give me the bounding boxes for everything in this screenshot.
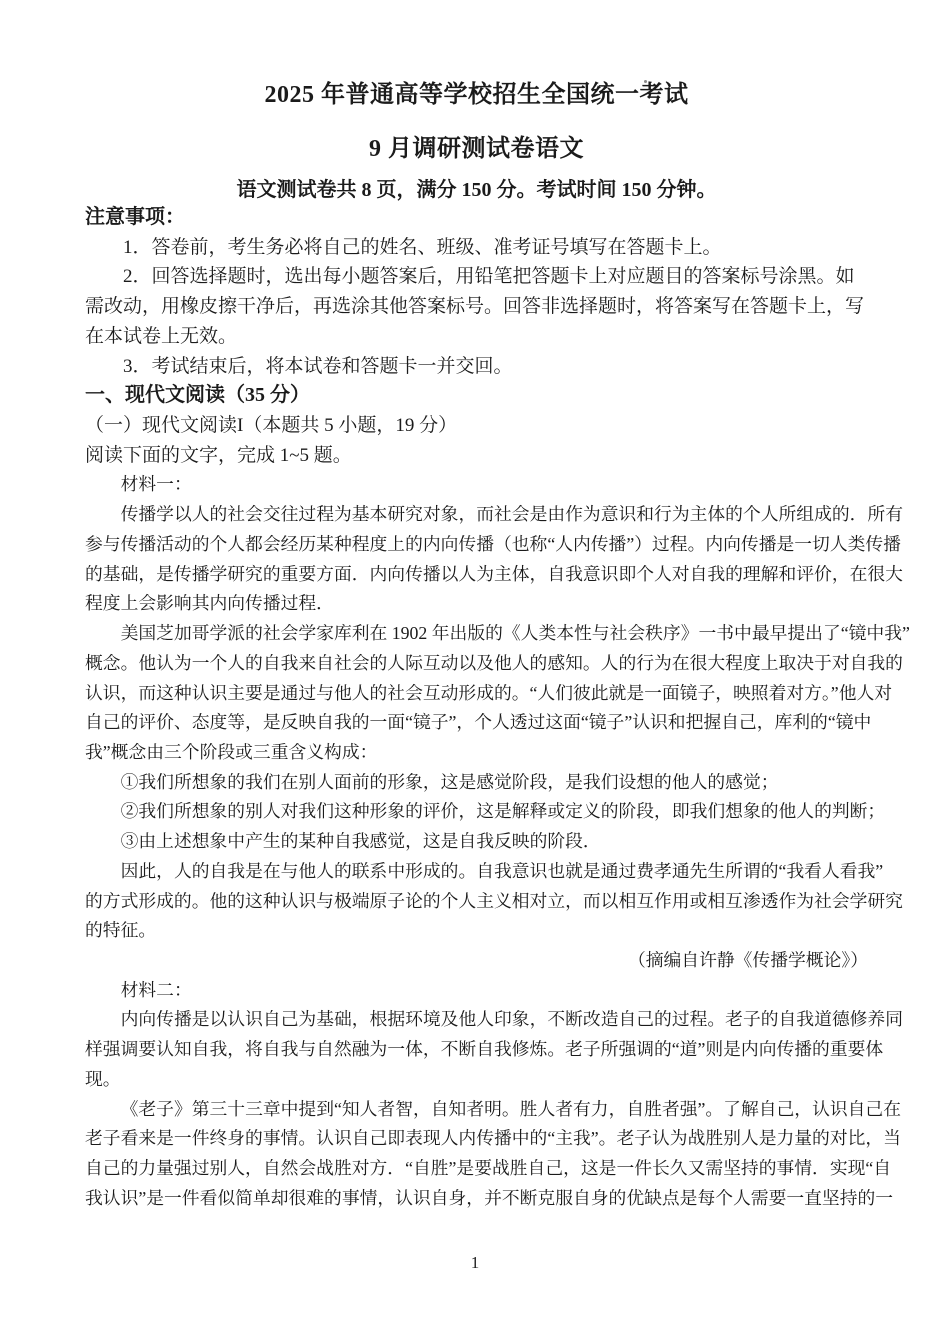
exam-subtitle: 语文测试卷共 8 页，满分 150 分。考试时间 150 分钟。	[85, 177, 868, 203]
text-line: 《老子》第三十三章中提到“知人者智，自知者明。胜人者有力，自胜者强”。了解自己，…	[85, 1095, 868, 1125]
text-line: 我认识”是一件看似简单却很难的事情，认识自身，并不断克服自身的优缺点是每个人需要…	[85, 1184, 868, 1214]
text-line: 的特征。	[85, 916, 868, 946]
material-2-label: 材料二：	[85, 976, 868, 1006]
text-line: 因此，人的自我是在与他人的联系中形成的。自我意识也就是通过费孝通先生所谓的“我看…	[85, 857, 868, 887]
text-line: 程度上会影响其内向传播过程．	[85, 589, 868, 619]
text-line: 自己的评价、态度等，是反映自我的一面“镜子”，个人透过这面“镜子”认识和把握自己…	[85, 708, 868, 738]
reading-instruction: 阅读下面的文字，完成 1~5 题。	[85, 441, 868, 471]
list-item-1: ①我们所想象的我们在别人面前的形象，这是感觉阶段，是我们设想的他人的感觉；	[85, 768, 868, 798]
text-line: 概念。他认为一个人的自我来自社会的人际互动以及他人的感知。人的行为在很大程度上取…	[85, 649, 868, 679]
section-1-heading: 一、现代文阅读（35 分）	[85, 381, 868, 411]
text-line: 自己的力量强过别人，自然会战胜对方．“自胜”是要战胜自己，这是一件长久又需坚持的…	[85, 1154, 868, 1184]
text-line: 传播学以人的社会交往过程为基本研究对象，而社会是由作为意识和行为主体的个人所组成…	[85, 500, 868, 530]
notice-heading: 注意事项：	[85, 203, 868, 233]
text-line: 在本试卷上无效。	[85, 322, 868, 352]
exam-paper-page: 2025 年普通高等学校招生全国统一考试 9 月调研测试卷语文 语文测试卷共 8…	[0, 0, 950, 1344]
text-line: 的方式形成的。他的这种认识与极端原子论的个人主义相对立，而以相互作用或相互渗透作…	[85, 887, 868, 917]
text-line: 现。	[85, 1065, 868, 1095]
notice-item-1: 1．答卷前，考生务必将自己的姓名、班级、准考证号填写在答题卡上。	[85, 233, 868, 263]
exam-title-line2: 9 月调研测试卷语文	[85, 133, 868, 165]
list-item-3: ③由上述想象中产生的某种自我感觉，这是自我反映的阶段．	[85, 827, 868, 857]
page-content: 2025 年普通高等学校招生全国统一考试 9 月调研测试卷语文 语文测试卷共 8…	[0, 0, 950, 1213]
material-1-attribution: （摘编自许静《传播学概论》）	[85, 946, 868, 976]
notice-item-2: 2．回答选择题时，选出每小题答案后，用铅笔把答题卡上对应题目的答案标号涂黑。如	[85, 262, 868, 292]
list-item-2: ②我们所想象的别人对我们这种形象的评价，这是解释或定义的阶段，即我们想象的他人的…	[85, 797, 868, 827]
notice-item-3: 3．考试结束后，将本试卷和答题卡一并交回。	[85, 352, 868, 382]
text-line: 需改动，用橡皮擦干净后，再选涂其他答案标号。回答非选择题时，将答案写在答题卡上，…	[85, 292, 868, 322]
text-line: 样强调要认知自我，将自我与自然融为一体，不断自我修炼。老子所强调的“道”则是内向…	[85, 1035, 868, 1065]
text-line: 老子看来是一件终身的事情。认识自己即表现人内传播中的“主我”。老子认为战胜别人是…	[85, 1124, 868, 1154]
text-line: 的基础，是传播学研究的重要方面．内向传播以人为主体，自我意识即个人对自我的理解和…	[85, 560, 868, 590]
document-body: 注意事项：1．答卷前，考生务必将自己的姓名、班级、准考证号填写在答题卡上。2．回…	[85, 203, 868, 1213]
text-line: 参与传播活动的个人都会经历某种程度上的内向传播（也称“人内传播”）过程。内向传播…	[85, 530, 868, 560]
subsection-heading: （一）现代文阅读I（本题共 5 小题，19 分）	[85, 411, 868, 441]
exam-title-line1: 2025 年普通高等学校招生全国统一考试	[85, 0, 868, 111]
page-number: 1	[0, 1253, 950, 1273]
text-line: 内向传播是以认识自己为基础，根据环境及他人印象，不断改造自己的过程。老子的自我道…	[85, 1005, 868, 1035]
text-line: 认识，而这种认识主要是通过与他人的社会互动形成的。“人们彼此就是一面镜子，映照着…	[85, 679, 868, 709]
scan-artifact-dot	[644, 80, 647, 83]
text-line: 美国芝加哥学派的社会学家库利在 1902 年出版的《人类本性与社会秩序》一书中最…	[85, 619, 868, 649]
material-1-label: 材料一：	[85, 470, 868, 500]
text-line: 我”概念由三个阶段或三重含义构成：	[85, 738, 868, 768]
